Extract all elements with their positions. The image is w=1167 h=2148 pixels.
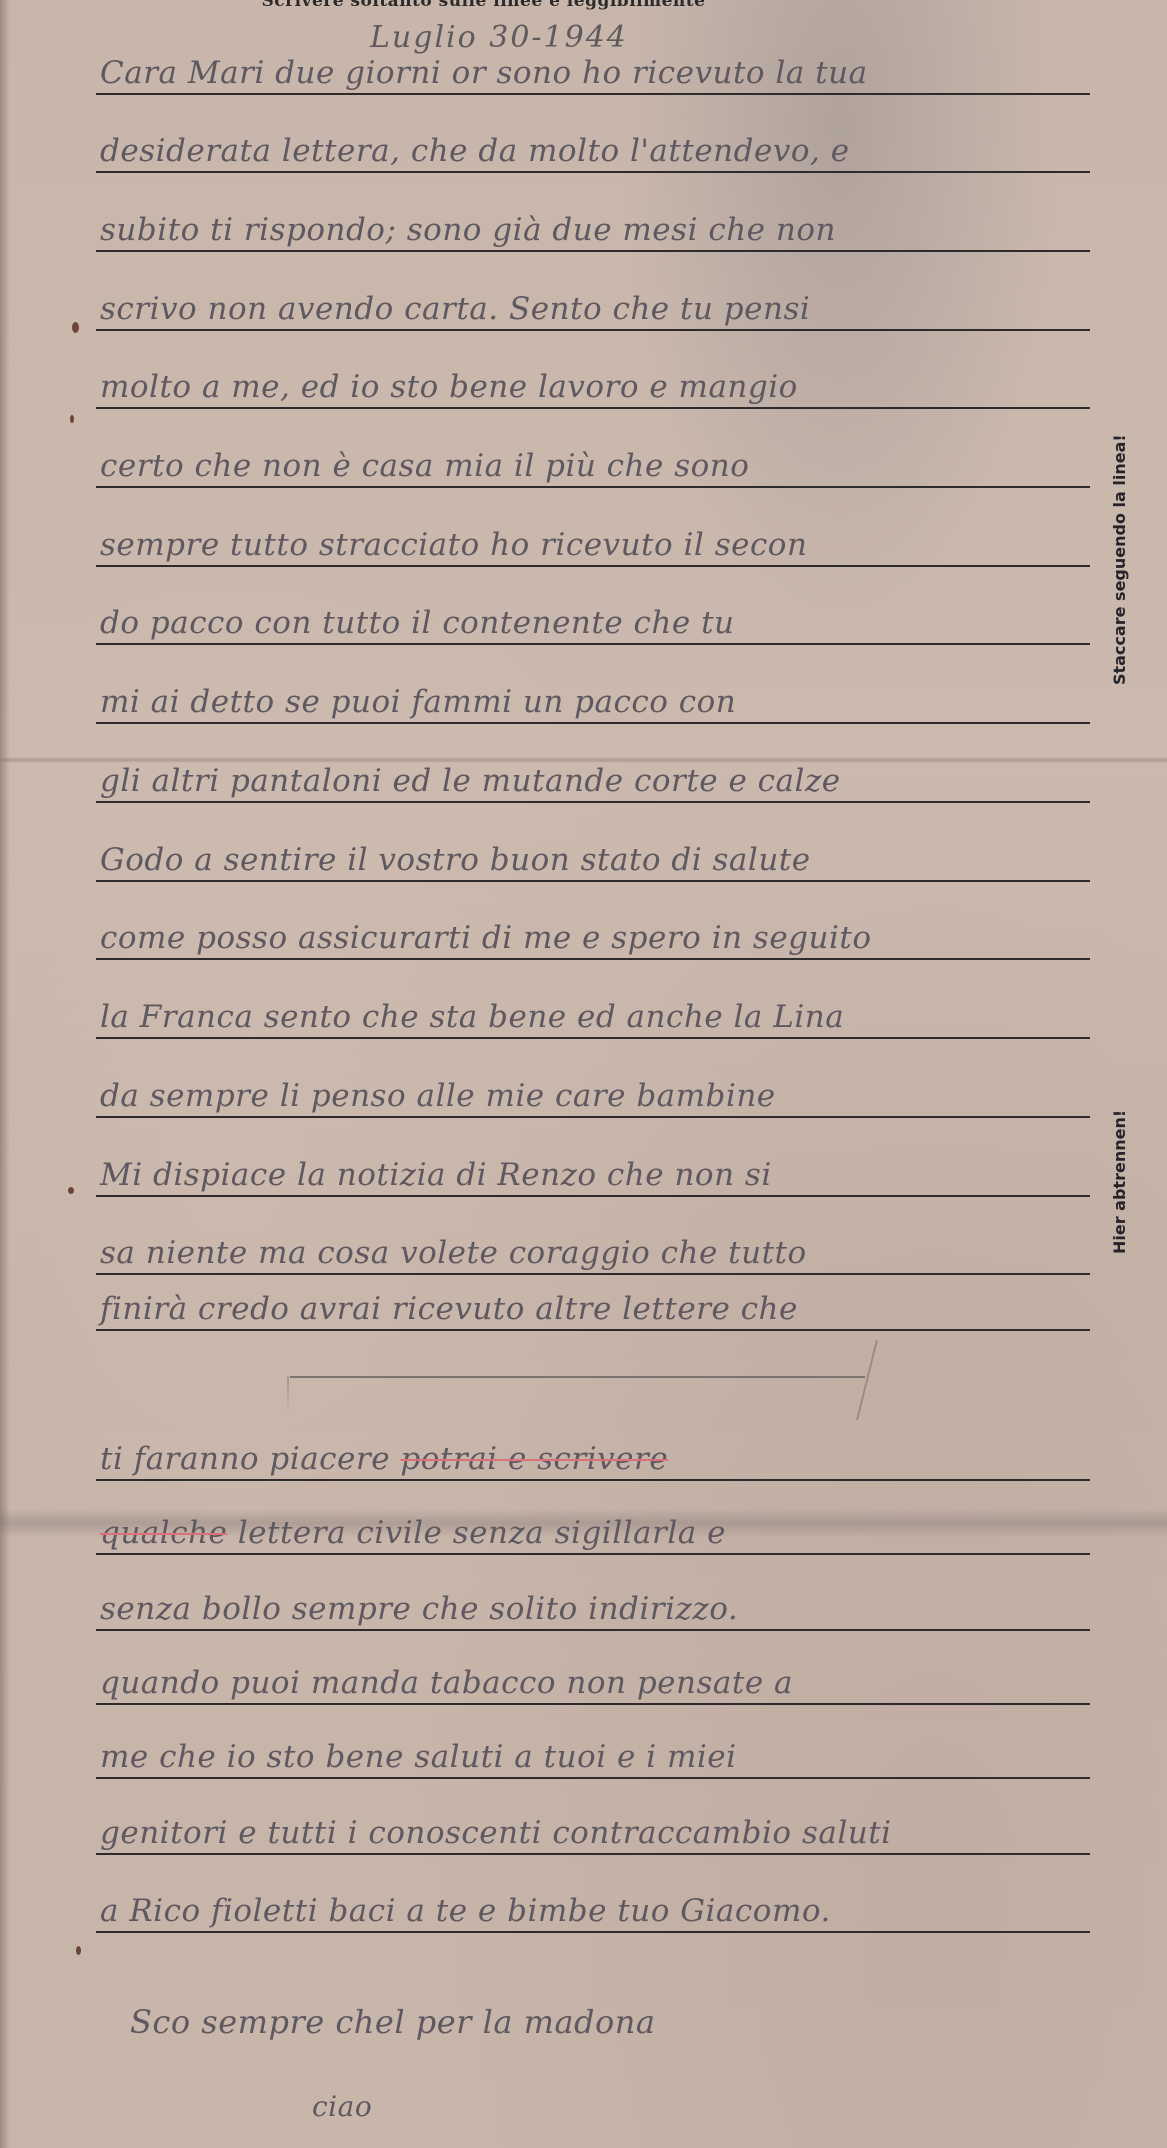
ruled-line [96,250,1090,252]
tear-notch [856,1340,878,1420]
ruled-line [96,722,1090,724]
ruled-line [96,1629,1090,1631]
handwritten-line: ti faranno piacere potrai e scrivere [100,1441,1090,1477]
ruled-line [96,880,1090,882]
postscript-signoff: ciao [312,2090,1167,2123]
ruled-line [96,1479,1090,1481]
ink-stain [72,322,79,333]
ruled-line [96,1195,1090,1197]
ruled-line [96,1037,1090,1039]
ruled-line [96,1777,1090,1779]
ruled-line [96,1931,1090,1933]
handwritten-line: certo che non è casa mia il più che sono [100,448,1090,484]
printed-header-text: Scrivere soltanto sulle linee e leggibil… [262,0,706,11]
handwritten-line: Cara Mari due giorni or sono ho ricevuto… [100,55,1090,91]
ruled-line [96,801,1090,803]
line-text: lettera civile senza sigillarla e [227,1515,726,1551]
handwritten-line: scrivo non avendo carta. Sento che tu pe… [100,291,1090,327]
ruled-line [96,958,1090,960]
ruled-line [96,171,1090,173]
ruled-line [96,1116,1090,1118]
ruled-line [96,643,1090,645]
ruled-line [96,407,1090,409]
ruled-line [96,329,1090,331]
handwritten-line: mi ai detto se puoi fammi un pacco con [100,684,1090,720]
handwritten-line: genitori e tutti i conoscenti contraccam… [100,1815,1090,1851]
handwritten-line: desiderata lettera, che da molto l'atten… [100,133,1090,169]
letter-date: Luglio 30-1944 [370,20,628,55]
line-text: ti faranno piacere [100,1441,400,1477]
handwritten-line: gli altri pantaloni ed le mutande corte … [100,763,1090,799]
detach-label-italian: Staccare seguendo la linea! [1110,434,1129,685]
handwritten-line: subito ti rispondo; sono già due mesi ch… [100,212,1090,248]
tear-off-line [290,1376,865,1378]
handwritten-line: a Rico fioletti baci a te e bimbe tuo Gi… [100,1893,1090,1929]
ruled-line [96,486,1090,488]
handwritten-line: Godo a sentire il vostro buon stato di s… [100,842,1090,878]
postscript-line: Sco sempre chel per la madona [130,2003,1120,2041]
paper-edge [0,0,10,2148]
handwritten-line: qualche lettera civile senza sigillarla … [100,1515,1090,1551]
ink-stain [76,1946,81,1955]
ruled-line [96,1273,1090,1275]
struck-text: potrai e scrivere [400,1441,668,1477]
printed-header: Scrivere soltanto sulle linee e leggibil… [0,0,1167,11]
ruled-line [96,1703,1090,1705]
handwritten-line: molto a me, ed io sto bene lavoro e mang… [100,369,1090,405]
handwritten-line: Mi dispiace la notizia di Renzo che non … [100,1157,1090,1193]
ruled-line [96,565,1090,567]
ruled-line [96,1853,1090,1855]
handwritten-line: come posso assicurarti di me e spero in … [100,920,1090,956]
ink-stain [68,1187,74,1194]
ruled-line [96,93,1090,95]
ink-stain [70,415,74,423]
handwritten-line: la Franca sento che sta bene ed anche la… [100,999,1090,1035]
tear-notch [287,1376,289,1416]
handwritten-line: quando puoi manda tabacco non pensate a [100,1665,1090,1701]
struck-text: qualche [100,1515,227,1551]
detach-label-german: Hier abtrennen! [1110,1110,1129,1254]
handwritten-line: sa niente ma cosa volete coraggio che tu… [100,1235,1090,1271]
handwritten-line: me che io sto bene saluti a tuoi e i mie… [100,1739,1090,1775]
ruled-line [96,1329,1090,1331]
handwritten-line: do pacco con tutto il contenente che tu [100,605,1090,641]
letter-sheet: Scrivere soltanto sulle linee e leggibil… [0,0,1167,2148]
handwritten-line: da sempre li penso alle mie care bambine [100,1078,1090,1114]
handwritten-line: finirà credo avrai ricevuto altre letter… [100,1291,1090,1327]
ruled-line [96,1553,1090,1555]
handwritten-line: sempre tutto stracciato ho ricevuto il s… [100,527,1090,563]
handwritten-line: senza bollo sempre che solito indirizzo. [100,1591,1090,1627]
